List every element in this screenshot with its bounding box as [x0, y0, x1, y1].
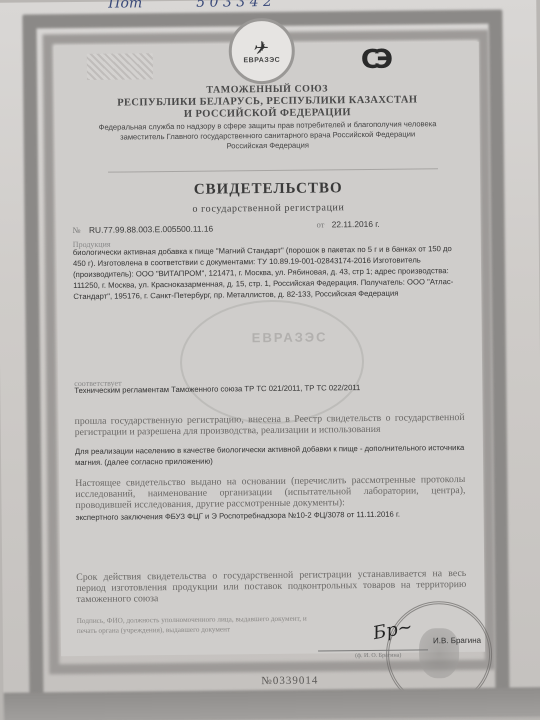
se-mark-icon: СЭ [361, 47, 405, 73]
validity-text: Срок действия свидетельства о государств… [76, 568, 466, 605]
serial-number: №0339014 [261, 675, 318, 688]
number-value: RU.77.99.88.003.E.005500.11.16 [89, 224, 213, 235]
date-prefix: от [317, 220, 325, 229]
registration-text: прошла государственную регистрацию, внес… [75, 412, 465, 438]
date-value: 22.11.2016 г. [332, 219, 380, 230]
signer-name: И.В. Брагина [433, 636, 481, 646]
certificate-date: от 22.11.2016 г. [317, 219, 380, 230]
guilloche-pattern [87, 53, 153, 80]
handwritten-note-left: Пот [108, 0, 142, 12]
basis-text: Настоящее свидетельство выдано на основа… [75, 474, 465, 511]
signature-sub-caption: (ф. И. О. Брагина) [355, 653, 401, 659]
usage-text: Для реализации населению в качестве биол… [75, 442, 465, 468]
signature-caption: Подпись, ФИО, должность уполномоченного … [77, 614, 307, 636]
watermark-text: ЕВРАЗЭС [252, 329, 328, 345]
eaes-emblem-icon: ✈ ЕВРАЗЭС [228, 18, 295, 85]
certificate-number: № RU.77.99.88.003.E.005500.11.16 [73, 224, 214, 235]
product-description: биологически активная добавка к пище "Ма… [73, 243, 464, 302]
bottom-border [3, 687, 540, 720]
bird-icon: ✈ [251, 38, 272, 56]
certificate-sheet: Пот 5 0 3 3 4 2 ✈ ЕВРАЗЭС СЭ ТАМОЖЕННЫЙ … [0, 0, 540, 720]
handwritten-note-right: 5 0 3 3 4 2 [196, 0, 272, 11]
number-prefix: № [73, 226, 81, 235]
